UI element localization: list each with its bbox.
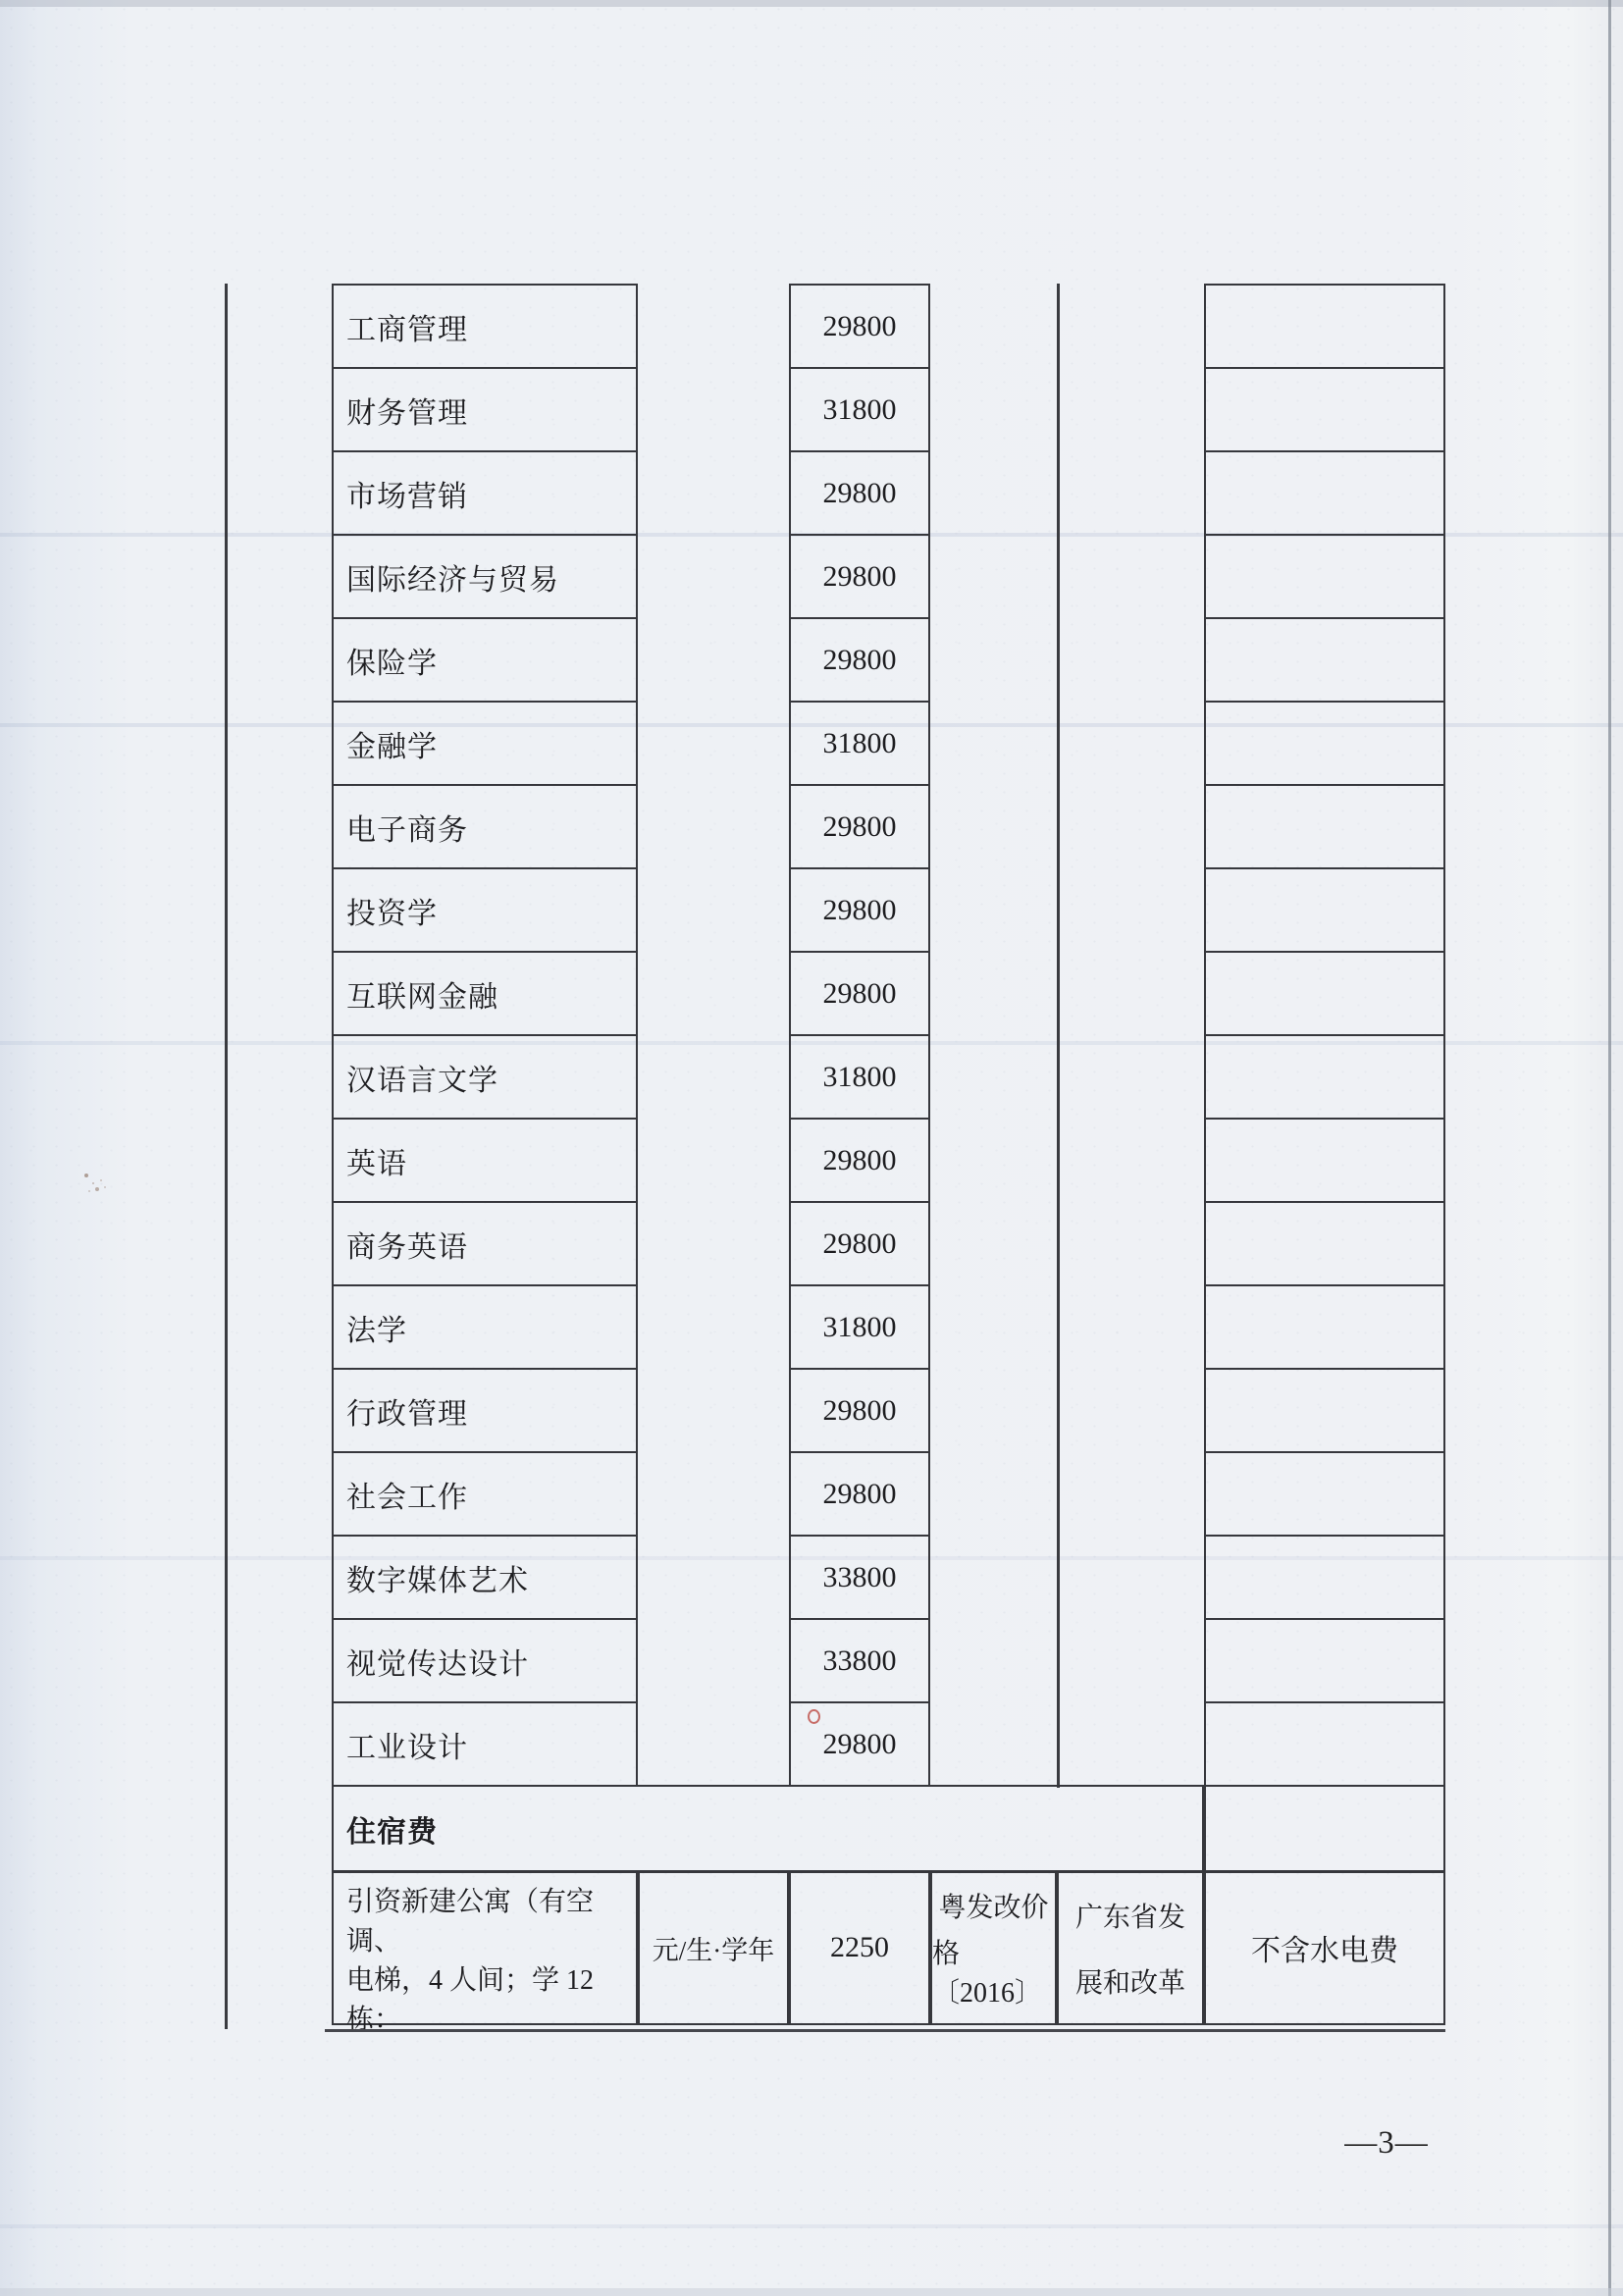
tuition-fee-value: 29800 (823, 644, 897, 677)
tuition-fee-value: 31800 (823, 1311, 897, 1344)
tuition-fee-cell: 33800 (789, 1618, 930, 1703)
tuition-table-row: 社会工作 29800 (225, 1451, 1445, 1537)
pricing-basis-line1: 粤发改价 (938, 1886, 1048, 1925)
program-name-text: 社会工作 (346, 1473, 468, 1516)
program-name-cell: 社会工作 (332, 1451, 638, 1537)
program-name-cell: 互联网金融 (332, 951, 638, 1036)
tuition-table-row: 投资学 29800 (225, 867, 1445, 953)
tuition-fee-cell: 29800 (789, 784, 930, 869)
remark-cell-empty (1204, 1535, 1445, 1620)
tuition-table-row: 互联网金融 29800 (225, 951, 1445, 1036)
tuition-fee-cell: 29800 (789, 1451, 930, 1537)
tuition-table-row: 商务英语 29800 (225, 1201, 1445, 1286)
tuition-table-row: 金融学 31800 (225, 701, 1445, 786)
remark-cell-empty (1204, 1618, 1445, 1703)
program-name-text: 工商管理 (346, 305, 468, 348)
remark-cell-empty (1204, 1201, 1445, 1286)
program-name-text: 法学 (346, 1306, 407, 1349)
tuition-table-row: 视觉传达设计 33800 (225, 1618, 1445, 1703)
tuition-fee-value: 33800 (823, 1561, 897, 1594)
accommodation-row: 引资新建公寓（有空调、 电梯，4 人间；学 12 栋： 元/生·学年 2250 … (225, 1870, 1445, 2025)
tuition-table-row: 数字媒体艺术 33800 (225, 1535, 1445, 1620)
remark-cell-empty (1204, 1368, 1445, 1453)
tuition-fee-value: 29800 (823, 1227, 897, 1261)
tuition-table-row: 保险学 29800 (225, 617, 1445, 703)
program-name-text: 市场营销 (346, 472, 468, 515)
tuition-fee-value: 29800 (823, 310, 897, 343)
scan-bottom-edge (0, 2288, 1623, 2296)
tuition-table-row: 市场营销 29800 (225, 450, 1445, 536)
tuition-fee-value: 29800 (823, 977, 897, 1011)
program-name-text: 汉语言文学 (346, 1056, 498, 1099)
tuition-fee-cell: 29800 (789, 1118, 930, 1203)
program-name-cell: 行政管理 (332, 1368, 638, 1453)
accommodation-header-remark-cell-empty (1204, 1785, 1445, 1873)
program-name-text: 商务英语 (346, 1223, 468, 1266)
program-name-text: 国际经济与贸易 (346, 555, 559, 599)
tuition-table-row: 国际经济与贸易 29800 (225, 534, 1445, 619)
remark-cell-empty (1204, 1284, 1445, 1370)
program-name-cell: 工商管理 (332, 284, 638, 369)
program-name-cell: 国际经济与贸易 (332, 534, 638, 619)
accommodation-header-cell: 住宿费 (332, 1785, 1204, 1873)
tuition-fee-value: 29800 (823, 560, 897, 594)
remark-cell-empty (1204, 617, 1445, 703)
program-name-cell: 保险学 (332, 617, 638, 703)
accommodation-pricing-basis-cell: 粤发改价 格〔2016〕 (930, 1870, 1057, 2025)
remark-cell-empty (1204, 701, 1445, 786)
program-name-text: 保险学 (346, 639, 438, 682)
authority-line2: 展和改革 (1075, 1961, 1185, 2001)
program-name-cell: 英语 (332, 1118, 638, 1203)
remark-cell-empty (1204, 1034, 1445, 1120)
tuition-fee-cell: 29800 (789, 284, 930, 369)
tuition-fee-cell: 29800 (789, 617, 930, 703)
tuition-fee-cell: 33800 (789, 1535, 930, 1620)
remark-cell-empty (1204, 1451, 1445, 1537)
remark-cell-empty (1204, 367, 1445, 452)
tuition-fee-cell: 29800 (789, 867, 930, 953)
tuition-fee-cell: 29800 (789, 1368, 930, 1453)
program-name-text: 数字媒体艺术 (346, 1556, 529, 1599)
program-name-cell: 市场营销 (332, 450, 638, 536)
program-name-text: 英语 (346, 1139, 407, 1182)
tuition-table-row: 英语 29800 (225, 1118, 1445, 1203)
tuition-table-row: 法学 31800 (225, 1284, 1445, 1370)
ink-speck (84, 1174, 88, 1177)
accommodation-item-line1: 引资新建公寓（有空调、 (346, 1880, 636, 1958)
accommodation-item-cell: 引资新建公寓（有空调、 电梯，4 人间；学 12 栋： (332, 1870, 638, 2025)
accommodation-header-label: 住宿费 (346, 1807, 438, 1851)
program-name-text: 财务管理 (346, 389, 468, 432)
scan-top-edge (0, 0, 1623, 7)
program-name-text: 互联网金融 (346, 972, 498, 1016)
accommodation-fee-cell: 2250 (789, 1870, 930, 2025)
tuition-fee-cell: 31800 (789, 1034, 930, 1120)
tuition-table-row: 行政管理 29800 (225, 1368, 1445, 1453)
tuition-fee-cell: 31800 (789, 367, 930, 452)
remark-cell-empty (1204, 1701, 1445, 1787)
remark-cell-empty (1204, 450, 1445, 536)
remark-cell-empty (1204, 284, 1445, 369)
tuition-fee-value: 33800 (823, 1644, 897, 1678)
program-name-cell: 汉语言文学 (332, 1034, 638, 1120)
tuition-fee-value: 29800 (823, 1728, 897, 1761)
tuition-table-row: 财务管理 31800 (225, 367, 1445, 452)
program-name-cell: 金融学 (332, 701, 638, 786)
tuition-table-row: 汉语言文学 31800 (225, 1034, 1445, 1120)
red-circle-annotation-mark (808, 1709, 820, 1724)
authority-line1: 广东省发 (1075, 1896, 1185, 1935)
remark-cell-empty (1204, 1118, 1445, 1203)
program-name-text: 行政管理 (346, 1389, 468, 1433)
tuition-fee-value: 29800 (823, 810, 897, 844)
program-name-text: 工业设计 (346, 1723, 468, 1766)
program-name-text: 视觉传达设计 (346, 1640, 529, 1683)
tuition-fee-cell: 29800 (789, 534, 930, 619)
tuition-fee-cell: 31800 (789, 701, 930, 786)
tuition-fee-value: 29800 (823, 477, 897, 510)
scanner-streak (0, 2224, 1623, 2228)
program-name-cell: 投资学 (332, 867, 638, 953)
program-name-cell: 财务管理 (332, 367, 638, 452)
accommodation-header-row: 住宿费 (225, 1785, 1445, 1873)
tuition-fee-value: 29800 (823, 1478, 897, 1511)
program-name-cell: 视觉传达设计 (332, 1618, 638, 1703)
program-name-cell: 法学 (332, 1284, 638, 1370)
tuition-fee-cell: 29800 (789, 1201, 930, 1286)
tuition-fee-value: 29800 (823, 1144, 897, 1177)
tuition-fee-cell: 29800 (789, 450, 930, 536)
page-number: —3— (1323, 2125, 1450, 2162)
fee-schedule-table: 工商管理 29800 财务管理 31800 市场营销 29800 国际经济与贸易… (225, 284, 1445, 2029)
tuition-fee-value: 29800 (823, 1394, 897, 1428)
tuition-fee-cell: 31800 (789, 1284, 930, 1370)
program-name-text: 电子商务 (346, 806, 468, 849)
pricing-basis-line2: 格〔2016〕 (932, 1932, 1055, 2010)
program-name-text: 金融学 (346, 722, 438, 765)
tuition-fee-value: 29800 (823, 894, 897, 927)
scanned-document-page: 工商管理 29800 财务管理 31800 市场营销 29800 国际经济与贸易… (0, 0, 1623, 2296)
accommodation-unit-text: 元/生·学年 (653, 1929, 775, 1967)
tuition-table-row: 电子商务 29800 (225, 784, 1445, 869)
remark-cell-empty (1204, 867, 1445, 953)
remark-cell-empty (1204, 784, 1445, 869)
accommodation-item-line2: 电梯，4 人间；学 12 栋： (346, 1958, 636, 2037)
accommodation-remark-text: 不含水电费 (1251, 1926, 1398, 1969)
scan-right-edge-line (1608, 0, 1611, 2296)
accommodation-unit-cell: 元/生·学年 (638, 1870, 789, 2025)
tuition-table-row: 工商管理 29800 (225, 284, 1445, 369)
program-name-cell: 数字媒体艺术 (332, 1535, 638, 1620)
table-outer-bottom-border (325, 2029, 1445, 2032)
accommodation-remark-cell: 不含水电费 (1204, 1870, 1445, 2025)
remark-cell-empty (1204, 534, 1445, 619)
tuition-fee-cell: 29800 (789, 951, 930, 1036)
program-name-text: 投资学 (346, 889, 438, 932)
program-name-cell: 商务英语 (332, 1201, 638, 1286)
tuition-fee-value: 31800 (823, 727, 897, 760)
accommodation-fee-value: 2250 (830, 1931, 889, 1964)
accommodation-authority-cell: 广东省发 展和改革 (1057, 1870, 1204, 2025)
tuition-fee-value: 31800 (823, 393, 897, 427)
tuition-fee-value: 31800 (823, 1061, 897, 1094)
remark-cell-empty (1204, 951, 1445, 1036)
program-name-cell: 工业设计 (332, 1701, 638, 1787)
program-name-cell: 电子商务 (332, 784, 638, 869)
tuition-table-row: 工业设计 29800 (225, 1701, 1445, 1787)
